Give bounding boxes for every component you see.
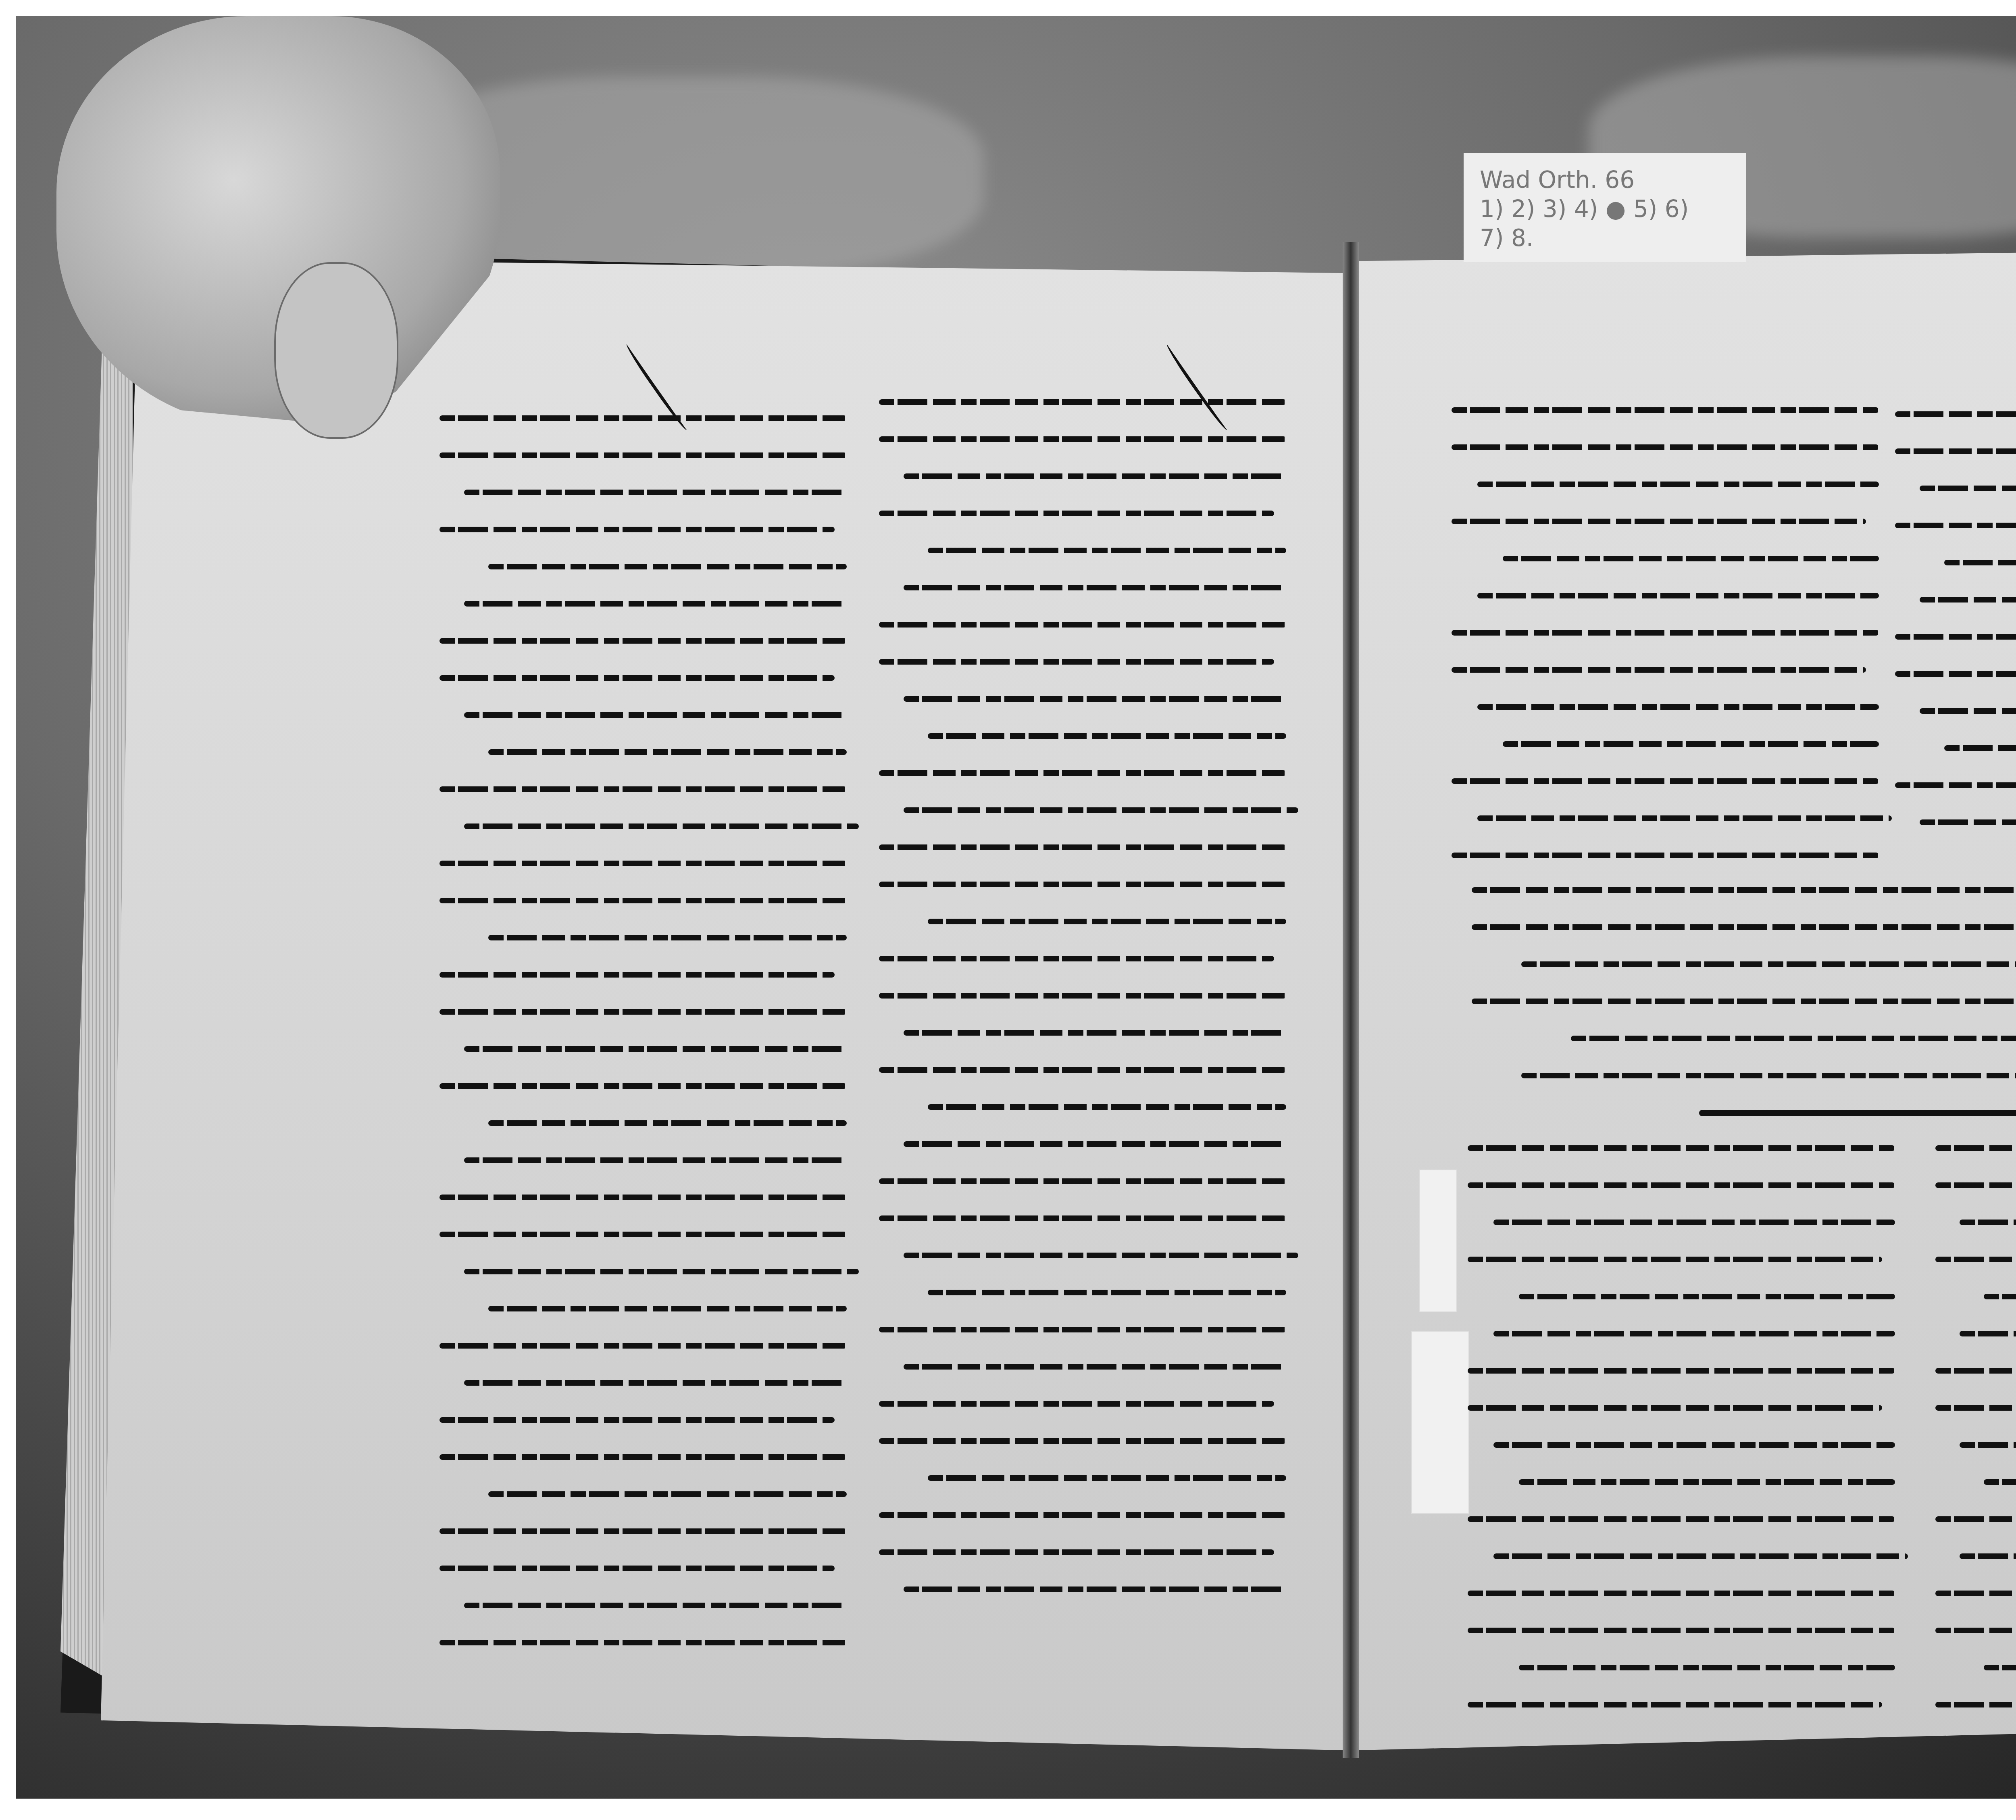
- right-page-column-2-lower: [1935, 1145, 2016, 1739]
- right-page-full-width-block: [1472, 887, 2016, 1140]
- right-page-column-1-lower: [1468, 1145, 1895, 1739]
- section-heading: [1699, 1110, 2016, 1116]
- label-line-1: Wad Orth. 66: [1480, 165, 1730, 194]
- label-line-2: 1) 2) 3) 4) ● 5) 6): [1480, 194, 1730, 223]
- right-page-column-2-upper: [1895, 411, 2016, 857]
- paper-repair-patch: [1411, 1331, 1469, 1514]
- paper-repair-patch: [1419, 1170, 1457, 1312]
- book-gutter: [1343, 242, 1359, 1758]
- right-page-column-1-upper: [1452, 407, 1879, 890]
- left-thumb: [274, 262, 398, 439]
- label-line-3: 7) 8.: [1480, 223, 1730, 252]
- catalog-label-card: Wad Orth. 66 1) 2) 3) 4) ● 5) 6) 7) 8.: [1464, 153, 1746, 262]
- left-page-column-1: [439, 415, 847, 1677]
- left-page-column-2: [879, 399, 1286, 1624]
